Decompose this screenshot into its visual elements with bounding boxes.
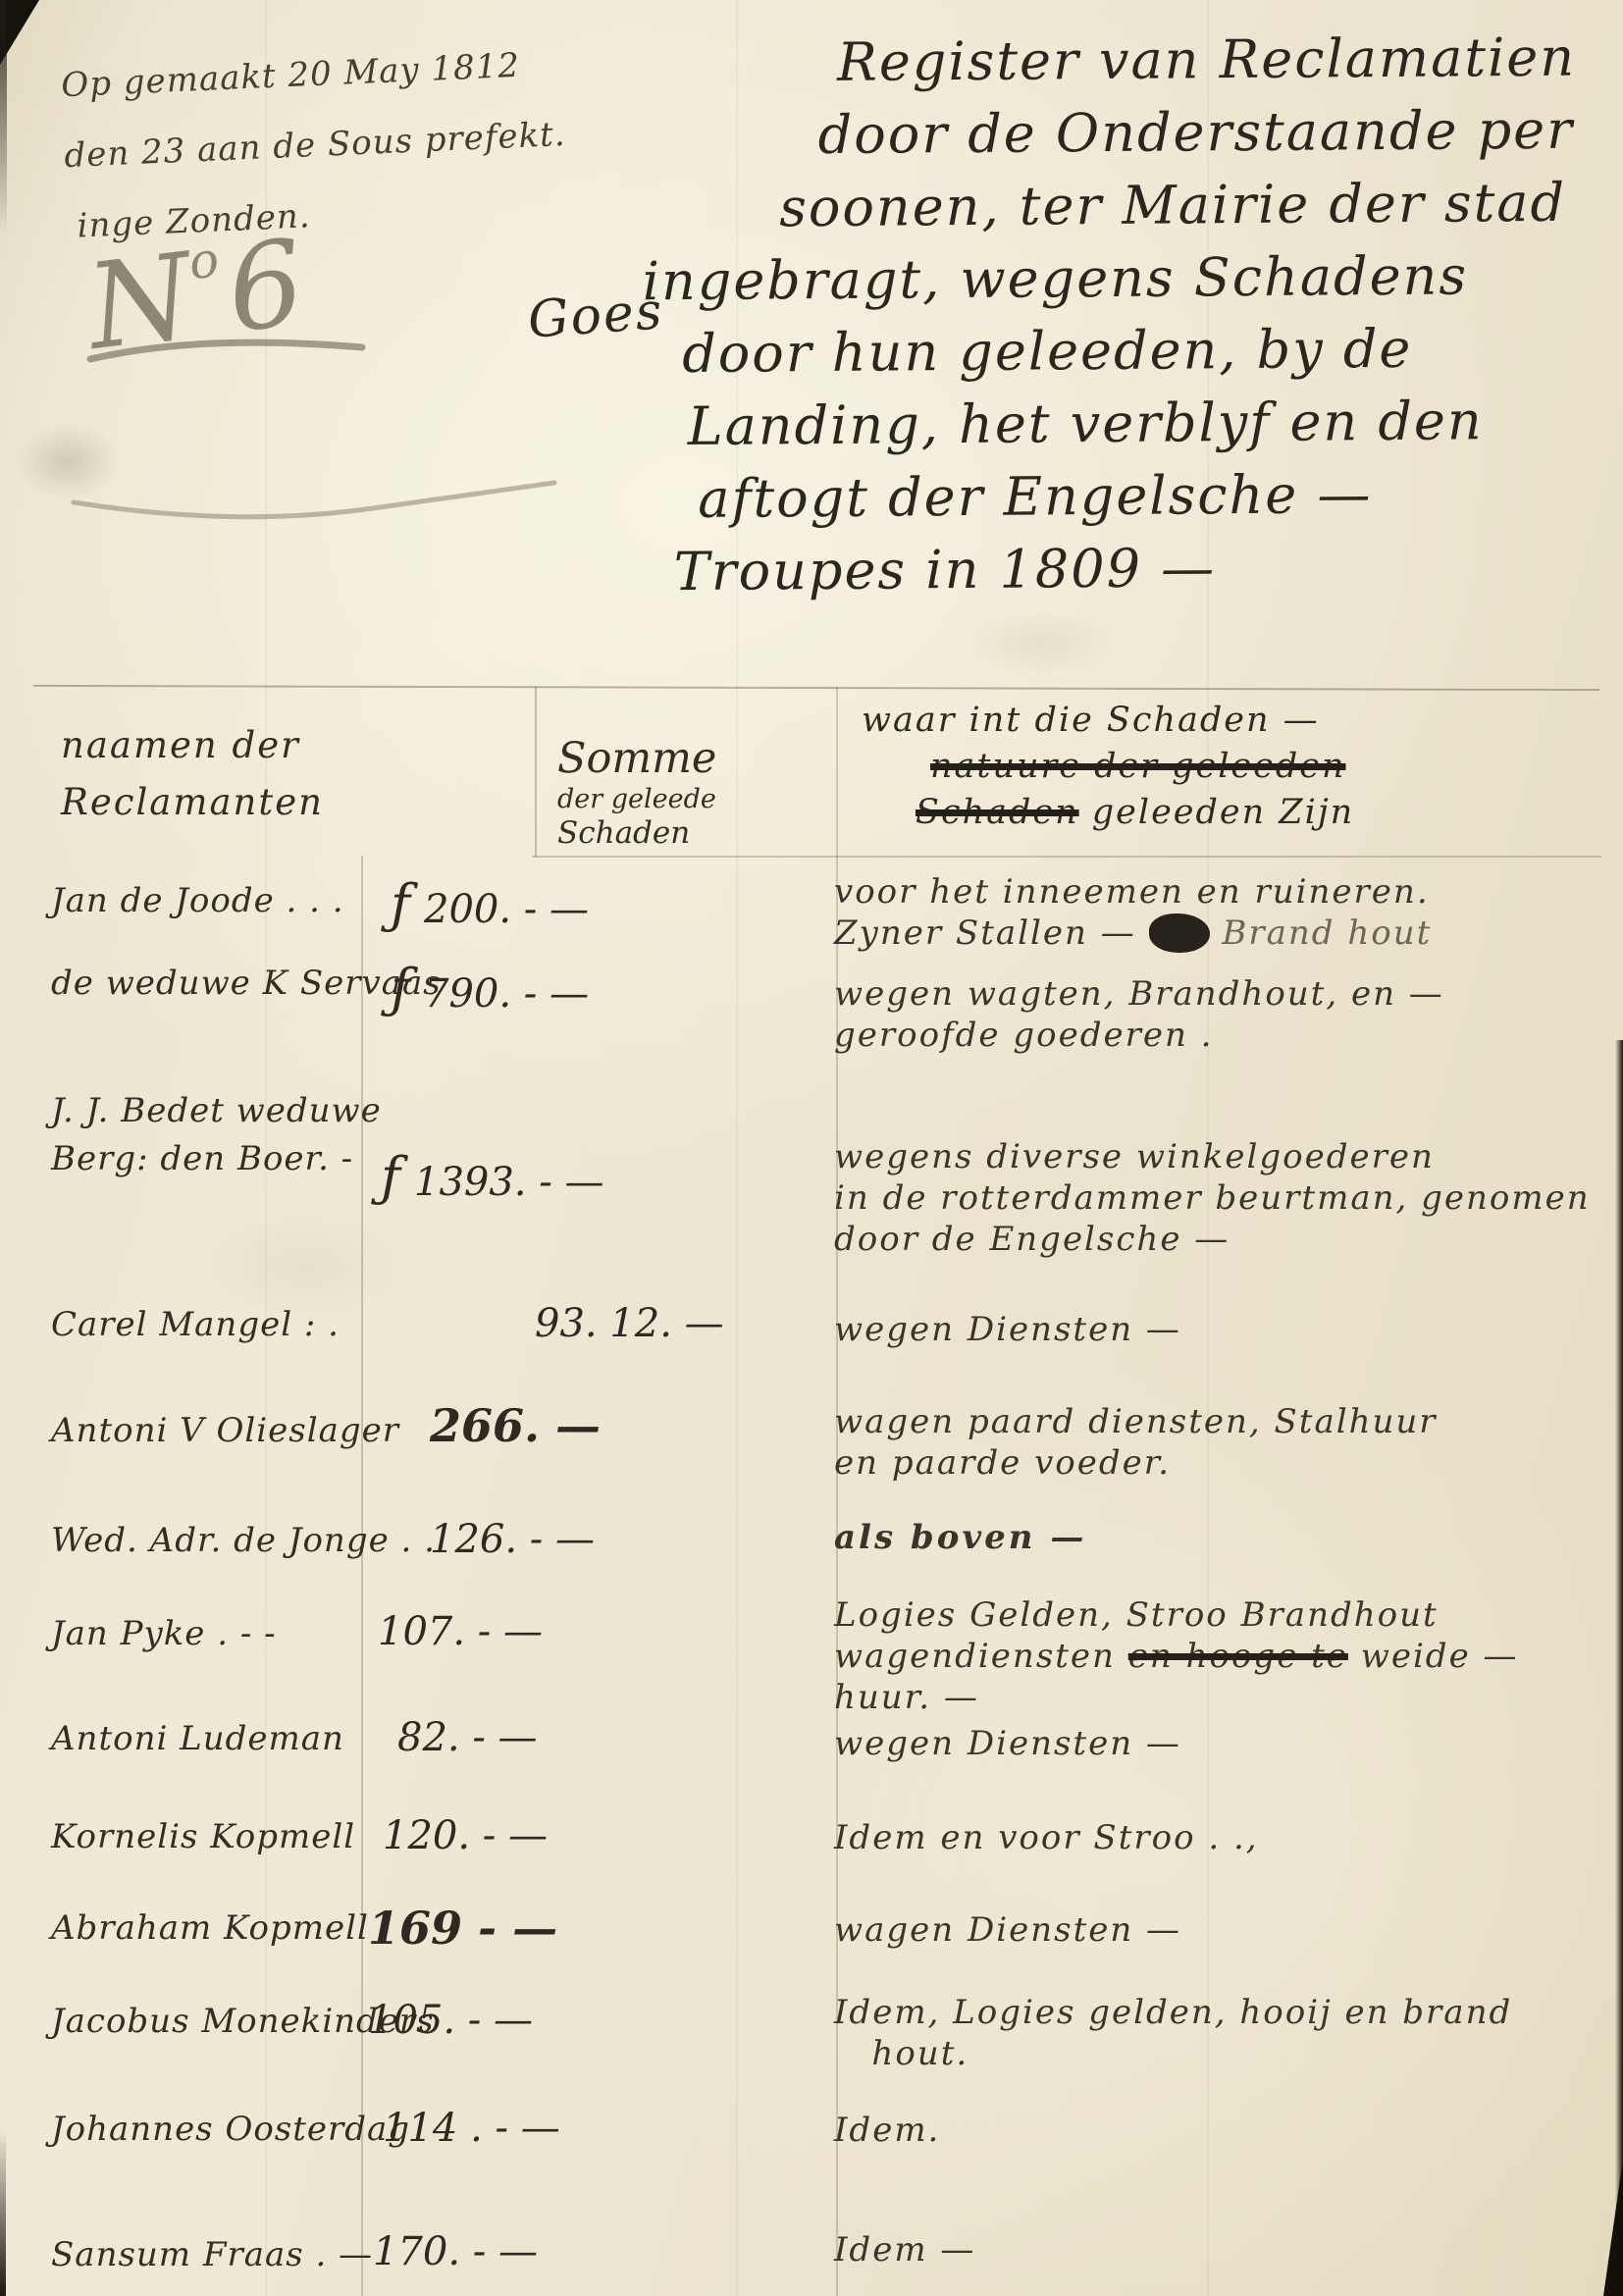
paper-stain bbox=[962, 608, 1119, 677]
claimant-name: Antoni Ludeman bbox=[51, 1719, 344, 1767]
claim-amount-value: 105. - — bbox=[368, 1998, 533, 2043]
claim-amount: 170. - — bbox=[373, 2229, 538, 2274]
claimant-name: de weduwe K Servaas bbox=[51, 964, 442, 1012]
claim-description-line: wegen Diensten — bbox=[834, 1723, 1181, 1764]
claimant-name: Carel Mangel : . bbox=[51, 1305, 340, 1353]
claim-description-line: huur. — bbox=[834, 1677, 1519, 1718]
claim-amount-value: 1393. - — bbox=[414, 1160, 603, 1205]
claimant-name: Abraham Kopmell bbox=[51, 1908, 369, 1957]
description-text: Idem, Logies gelden, hooij en brand bbox=[834, 1993, 1512, 2032]
claim-description-line: door de Engelsche — bbox=[834, 1219, 1591, 1260]
column-header-line: geleeden Zijn bbox=[1079, 793, 1355, 832]
description-text: wagen paard diensten, Stalhuur bbox=[834, 1402, 1438, 1441]
description-text: wegen wagten, Brandhout, en — bbox=[834, 974, 1444, 1014]
description-text: voor het inneemen en ruineren. bbox=[834, 872, 1430, 912]
description-text: wegen Diensten — bbox=[834, 1724, 1181, 1763]
claimant-name: Jan Pyke . - - bbox=[51, 1614, 277, 1662]
description-text: Brand hout bbox=[1210, 913, 1433, 953]
column-divider-names-sums bbox=[361, 856, 363, 2296]
claim-description: Idem. bbox=[834, 2110, 940, 2151]
struck-out-text: natuure der geleeden bbox=[930, 747, 1346, 786]
register-title-line: aftogt der Engelsche — bbox=[698, 461, 1620, 541]
column-header-line: der geleede bbox=[557, 783, 716, 816]
claim-amount-value: 126. - — bbox=[430, 1517, 595, 1562]
claim-description-line: voor het inneemen en ruineren. bbox=[834, 871, 1432, 913]
manuscript-page: Op gemaakt 20 May 1812 den 23 aan de Sou… bbox=[0, 0, 1623, 2296]
scan-corner-shadow-bottomright bbox=[1603, 2159, 1623, 2296]
claim-description-line: Zyner Stallen — en Brand hout bbox=[834, 913, 1432, 954]
claim-description-line: Logies Gelden, Stroo Brandhout bbox=[834, 1594, 1519, 1636]
claim-description-line: Idem. bbox=[834, 2110, 940, 2151]
description-text: huur. — bbox=[834, 1678, 979, 1717]
filing-note-line: Op gemaakt 20 May 1812 bbox=[61, 44, 564, 105]
claim-amount: 169 - — bbox=[368, 1902, 557, 1955]
claim-description: wagen paard diensten, Stalhuuren paarde … bbox=[834, 1401, 1438, 1484]
register-title-line: ingebragt, wegens Schadens bbox=[642, 243, 1618, 323]
claim-amount: 107. - — bbox=[378, 1609, 543, 1654]
table-top-rule bbox=[33, 685, 1599, 691]
scan-edge-bottomleft bbox=[0, 2129, 6, 2296]
claim-amount: 93. 12. — bbox=[535, 1301, 724, 1346]
claim-amount-value: 266. — bbox=[430, 1399, 601, 1452]
column-header-line: Schaden bbox=[557, 816, 716, 850]
column-header-where-suffered: waar int die Schaden — natuure der gelee… bbox=[862, 701, 1354, 839]
paper-stain bbox=[14, 422, 122, 500]
register-title-line: Landing, het verblyf en den bbox=[688, 389, 1620, 468]
claim-amount-value: 93. 12. — bbox=[535, 1301, 724, 1346]
claimant-name: Kornelis Kopmell bbox=[51, 1817, 355, 1865]
claim-amount-value: 114 . - — bbox=[383, 2106, 560, 2151]
column-header-line: naamen der bbox=[61, 724, 324, 781]
claim-amount-value: 170. - — bbox=[373, 2229, 538, 2274]
table-header-bottom-rule bbox=[532, 856, 1601, 858]
claimant-name: Johannes Oosterdag bbox=[51, 2110, 410, 2158]
register-title: Register van Reclamatien door de Onderst… bbox=[587, 26, 1621, 613]
claim-amount-value: 107. - — bbox=[378, 1609, 543, 1654]
claimant-name-line: Berg: den Boer. - bbox=[51, 1139, 382, 1187]
claim-description-line: wagendiensten en hooge te weide — bbox=[834, 1636, 1519, 1677]
claim-description-line: Idem — bbox=[834, 2229, 975, 2270]
claim-description-line: Idem, Logies gelden, hooij en brand bbox=[834, 1992, 1512, 2033]
description-text: Idem en voor Stroo . ., bbox=[834, 1818, 1259, 1857]
claimant-name-line: Antoni V Olieslager bbox=[51, 1411, 399, 1459]
description-text: en paarde voeder. bbox=[834, 1443, 1171, 1483]
description-text: Idem. bbox=[834, 2111, 940, 2150]
claim-amount-value: 82. - — bbox=[397, 1715, 538, 1760]
florin-sign: ƒ bbox=[381, 1146, 400, 1208]
ink-blot: en bbox=[1149, 913, 1210, 953]
register-title-line: door hun geleeden, by de bbox=[682, 316, 1619, 395]
claim-description-line: in de rotterdammer beurtman, genomen bbox=[834, 1177, 1591, 1219]
description-text: Logies Gelden, Stroo Brandhout bbox=[834, 1595, 1439, 1635]
column-header-line: Reclamanten bbox=[61, 781, 324, 838]
description-text: wagen Diensten — bbox=[834, 1910, 1181, 1950]
claim-description: wegen Diensten — bbox=[834, 1723, 1181, 1764]
claim-description-line: wegen wagten, Brandhout, en — bbox=[834, 973, 1444, 1015]
column-header-sum: Somme der geleede Schaden bbox=[557, 734, 716, 850]
claim-description-line: wagen Diensten — bbox=[834, 1909, 1181, 1951]
claim-description: Logies Gelden, Stroo Brandhoutwagendiens… bbox=[834, 1594, 1519, 1718]
claim-amount-value: 120. - — bbox=[383, 1813, 548, 1858]
description-text: weide — bbox=[1348, 1637, 1519, 1676]
description-text: in de rotterdammer beurtman, genomen bbox=[834, 1178, 1591, 1218]
claim-description: wegen Diensten — bbox=[834, 1309, 1181, 1350]
florin-sign: ƒ bbox=[391, 958, 410, 1019]
claim-amount: 114 . - — bbox=[383, 2106, 560, 2151]
description-text: geroofde goederen . bbox=[834, 1016, 1213, 1055]
claimant-name: Jan de Joode . . . bbox=[51, 881, 344, 929]
struck-out-text: Schaden bbox=[916, 793, 1079, 832]
claim-description-line: Idem en voor Stroo . ., bbox=[834, 1817, 1259, 1858]
claimant-name-line: Kornelis Kopmell bbox=[51, 1817, 355, 1865]
column-header-line: Somme bbox=[557, 734, 716, 783]
claim-description-line: geroofde goederen . bbox=[834, 1015, 1444, 1056]
claim-description: Idem en voor Stroo . ., bbox=[834, 1817, 1259, 1858]
description-text: wegens diverse winkelgoederen bbox=[834, 1137, 1435, 1176]
document-number-prefix: N bbox=[80, 229, 199, 377]
claim-amount: 120. - — bbox=[383, 1813, 548, 1858]
claim-description: als boven — bbox=[834, 1517, 1086, 1558]
claim-description: Idem — bbox=[834, 2229, 975, 2270]
claim-amount: 105. - — bbox=[368, 1998, 533, 2043]
claim-amount: ƒ1393. - — bbox=[381, 1146, 603, 1208]
claim-amount-value: 790. - — bbox=[424, 971, 589, 1017]
claimant-name-line: Abraham Kopmell bbox=[51, 1908, 369, 1957]
scan-edge-left bbox=[0, 0, 7, 235]
column-divider-header bbox=[535, 687, 537, 857]
claim-description-line: hout. bbox=[834, 2033, 1512, 2074]
claim-description: wegen wagten, Brandhout, en —geroofde go… bbox=[834, 973, 1444, 1056]
description-text: door de Engelsche — bbox=[834, 1220, 1230, 1259]
document-number-superscript: o bbox=[185, 231, 222, 290]
claim-amount: 266. — bbox=[430, 1399, 601, 1452]
claimant-name-line: Johannes Oosterdag bbox=[51, 2110, 410, 2158]
claimant-name-line: Sansum Fraas . — bbox=[51, 2235, 373, 2283]
claimant-name-line: de weduwe K Servaas bbox=[51, 964, 442, 1012]
register-title-line: door de Onderstaande per bbox=[817, 98, 1617, 177]
description-text: als boven — bbox=[834, 1518, 1086, 1557]
claimant-name-line: Jan Pyke . - - bbox=[51, 1614, 277, 1662]
description-text: wagendiensten bbox=[834, 1637, 1128, 1676]
register-title-line: Register van Reclamatien bbox=[837, 26, 1617, 104]
claim-amount-value: 169 - — bbox=[368, 1902, 557, 1955]
description-text: Zyner Stallen — bbox=[834, 913, 1149, 953]
claim-description-line: wegens diverse winkelgoederen bbox=[834, 1136, 1591, 1177]
claim-description-line: en paarde voeder. bbox=[834, 1442, 1438, 1484]
claim-description: voor het inneemen en ruineren.Zyner Stal… bbox=[834, 871, 1432, 954]
column-header-line: waar int die Schaden — bbox=[862, 701, 1354, 747]
claim-description-line: wagen paard diensten, Stalhuur bbox=[834, 1401, 1438, 1442]
claim-amount: 126. - — bbox=[430, 1517, 595, 1562]
claim-description: wegens diverse winkelgoederenin de rotte… bbox=[834, 1136, 1591, 1260]
claimant-name-line: Jan de Joode . . . bbox=[51, 881, 344, 929]
claimant-name-line: Wed. Adr. de Jonge . . bbox=[51, 1521, 436, 1569]
claimant-name: Antoni V Olieslager bbox=[51, 1411, 399, 1459]
struck-out-text: en hooge te bbox=[1128, 1637, 1348, 1676]
claim-description: wagen Diensten — bbox=[834, 1909, 1181, 1951]
description-text: hout. bbox=[834, 2034, 969, 2073]
claim-amount: 82. - — bbox=[397, 1715, 538, 1760]
claim-description-line: wegen Diensten — bbox=[834, 1309, 1181, 1350]
claimant-name-line: Carel Mangel : . bbox=[51, 1305, 340, 1353]
register-title-line: Troupes in 1809 — bbox=[674, 534, 1621, 613]
scan-edge-right bbox=[1615, 1040, 1623, 2296]
claim-amount-value: 200. - — bbox=[424, 887, 589, 932]
column-header-names: naamen der Reclamanten bbox=[61, 724, 324, 838]
claim-description: Idem, Logies gelden, hooij en brand hout… bbox=[834, 1992, 1512, 2074]
claim-amount: ƒ790. - — bbox=[391, 958, 589, 1019]
claim-description-line: als boven — bbox=[834, 1517, 1086, 1558]
document-number: No6 bbox=[80, 215, 311, 377]
filing-note-line: den 23 aan de Sous prefekt. bbox=[64, 115, 567, 176]
register-title-line: soonen, ter Mairie der stad bbox=[779, 171, 1618, 249]
pencil-flourish bbox=[59, 451, 579, 540]
description-text: Idem — bbox=[834, 2230, 975, 2270]
claimant-name-line: Antoni Ludeman bbox=[51, 1719, 344, 1767]
claimant-name: Wed. Adr. de Jonge . . bbox=[51, 1521, 436, 1569]
claim-amount: ƒ200. - — bbox=[391, 873, 589, 935]
claimant-name: J. J. Bedet weduweBerg: den Boer. - bbox=[51, 1091, 382, 1187]
description-text: wegen Diensten — bbox=[834, 1310, 1181, 1349]
claimant-name: Sansum Fraas . — bbox=[51, 2235, 373, 2283]
florin-sign: ƒ bbox=[391, 873, 410, 935]
claimant-name-line: J. J. Bedet weduwe bbox=[51, 1091, 382, 1139]
